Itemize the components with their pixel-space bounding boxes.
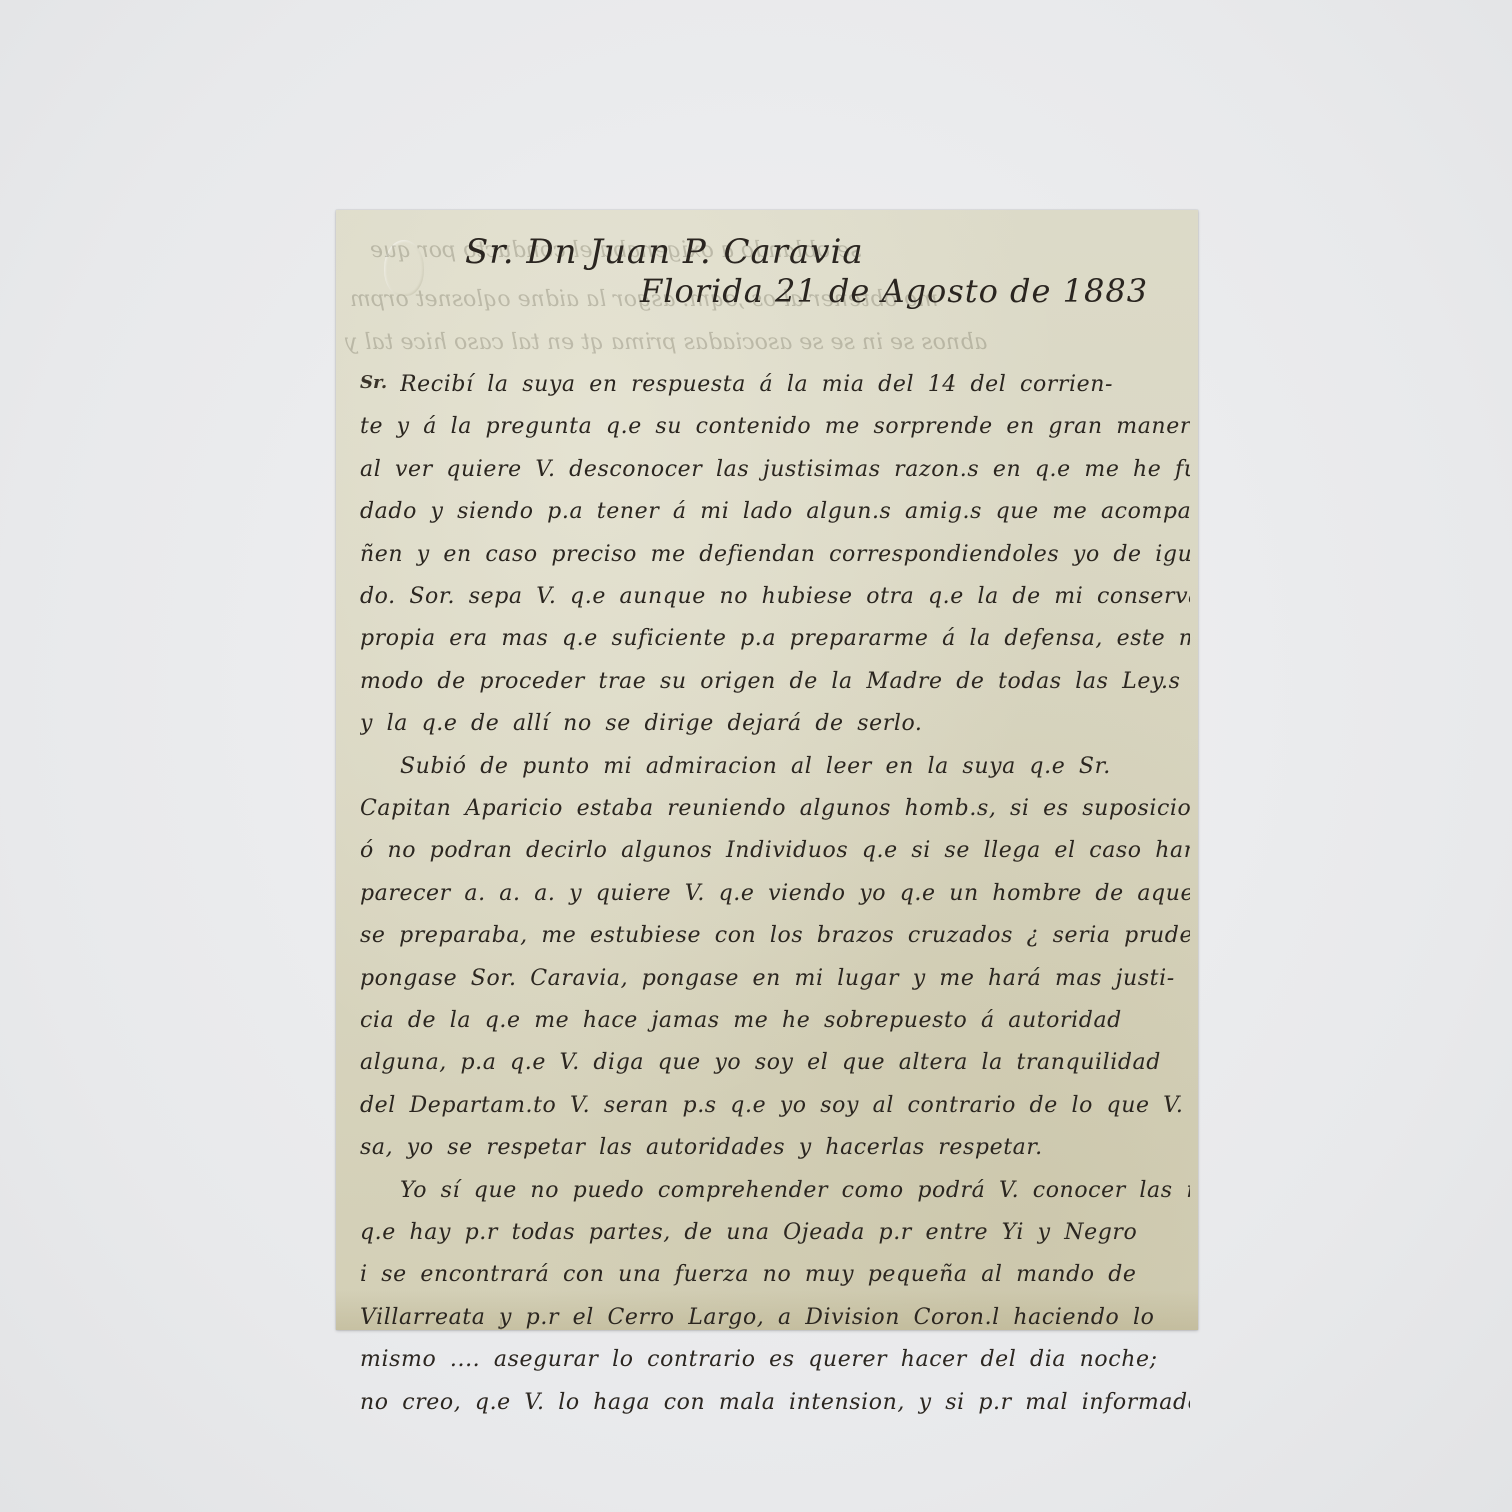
letter-line: te y á la pregunta q.e su contenido me s… [360,414,1190,439]
bleed-through-text: abnos se in se se asociadas prima qt en … [345,330,987,355]
letter-line: del Departam.to V. seran p.s q.e yo soy … [360,1093,1190,1118]
letter-line: al ver quiere V. desconocer las justisim… [360,457,1190,482]
letter-line: modo de proceder trae su origen de la Ma… [360,669,1190,694]
letter-line: ñen y en caso preciso me defiendan corre… [360,542,1190,567]
letter-line: alguna, p.a q.e V. diga que yo soy el qu… [360,1050,1190,1075]
letter-line: cia de la q.e me hace jamas me he sobrep… [360,1008,1190,1033]
letter-line: parecer a. a. a. y quiere V. q.e viendo … [360,881,1190,906]
letter-line: sa, yo se respetar las autoridades y hac… [360,1135,1190,1160]
letter-place-date: Florida 21 de Agosto de 1883 [640,272,1148,310]
letter-line: Subió de punto mi admiracion al leer en … [400,754,1190,779]
letter-line: ó no podran decirlo algunos Individuos q… [360,838,1190,863]
letter-line: q.e hay p.r todas partes, de una Ojeada … [360,1220,1190,1245]
letter-addressee: Sr. Dn Juan P. Caravia [465,232,864,272]
letter-line: Villarreata y p.r el Cerro Largo, a Divi… [360,1305,1190,1330]
letter-line: propia era mas q.e suficiente p.a prepar… [360,626,1190,651]
letter-line: Yo sí que no puedo comprehender como pod… [400,1178,1190,1203]
letter-line: se preparaba, me estubiese con los brazo… [360,923,1190,948]
letter-line: pongase Sor. Caravia, pongase en mi luga… [360,966,1190,991]
letter-line: dado y siendo p.a tener á mi lado algun.… [360,499,1190,524]
letter-line: do. Sor. sepa V. q.e aunque no hubiese o… [360,584,1190,609]
letter-line: y la q.e de allí no se dirige dejará de … [360,711,1190,736]
margin-note: Sr. [360,372,387,393]
letter-line: mismo .... asegurar lo contrario es quer… [360,1347,1190,1372]
letter-line: Capitan Aparicio estaba reuniendo alguno… [360,796,1190,821]
letter-line: no creo, q.e V. lo haga con mala intensi… [360,1390,1190,1415]
letter-line: i se encontrará con una fuerza no muy pe… [360,1262,1190,1287]
letter-line: Recibí la suya en respuesta á la mia del… [400,372,1190,397]
